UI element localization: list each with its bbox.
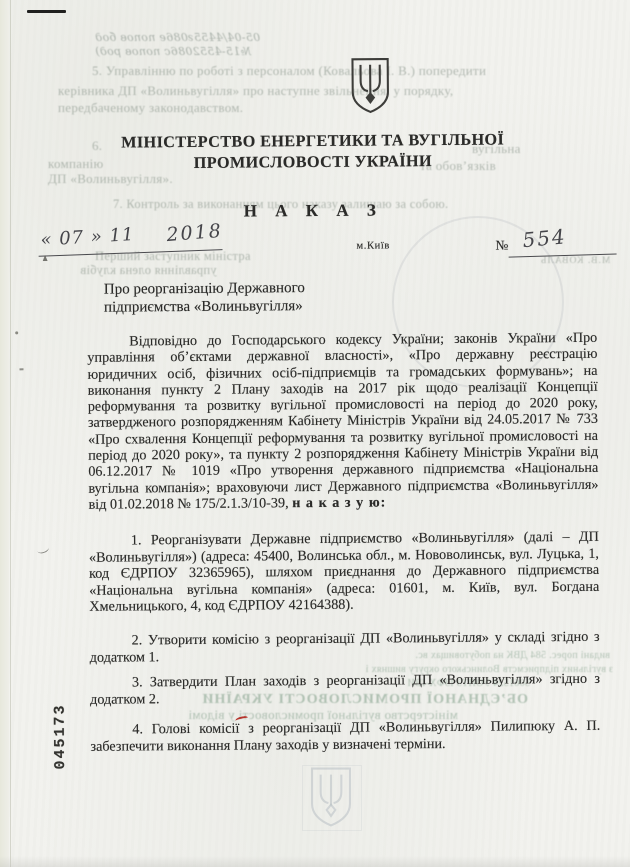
order-item-1: 1. Реорганізувати Державне підприємство … xyxy=(89,529,600,616)
scan-speck xyxy=(19,368,23,370)
order-item-3: 3. Затвердити План заходів з реорганізац… xyxy=(90,671,600,708)
handwritten-date-day-month: « 07 » 11 xyxy=(40,224,135,251)
date-underline xyxy=(39,249,223,257)
order-number-label: № xyxy=(495,237,508,253)
order-subject-line2: підприємства «Волиньвугілля» xyxy=(104,297,364,317)
ukraine-trident-emblem-icon xyxy=(346,56,394,114)
ministry-name: МІНІСТЕРСТВО ЕНЕРГЕТИКИ ТА ВУГІЛЬНОЇ ПРО… xyxy=(0,129,628,176)
handwritten-date-year: 2018 xyxy=(166,220,224,246)
order-item-2: 2. Утворити комісію з реорганізації ДП «… xyxy=(90,629,600,666)
decree-word: н а к а з у ю: xyxy=(292,494,386,511)
registration-number-stamp: 045173 xyxy=(51,686,69,786)
order-subject-line1: Про реорганізацію Державного xyxy=(104,280,364,300)
scan-speck xyxy=(15,331,18,334)
order-title: Н А К А З xyxy=(0,199,628,224)
city-label: м.Київ xyxy=(356,240,389,251)
ministry-name-line2: ПРОМИСЛОВОСТІ УКРАЇНИ xyxy=(0,150,628,176)
handwritten-order-number: 554 xyxy=(521,224,567,252)
scanned-order-document: 05-04/4455г086е попов бод №15-4552086с п… xyxy=(0,0,630,867)
pen-tick-mark xyxy=(36,543,50,554)
order-subject: Про реорганізацію Державного підприємств… xyxy=(104,280,364,317)
intro-text: Відповідно до Господарського кодексу Укр… xyxy=(87,330,598,513)
order-number-underline xyxy=(509,253,617,257)
document-content: МІНІСТЕРСТВО ЕНЕРГЕТИКИ ТА ВУГІЛЬНОЇ ПРО… xyxy=(0,0,630,867)
intro-paragraph: Відповідно до Господарського кодексу Укр… xyxy=(87,330,598,513)
order-item-4: 4. Голові комісії з реорганізації ДП «Во… xyxy=(90,718,600,755)
